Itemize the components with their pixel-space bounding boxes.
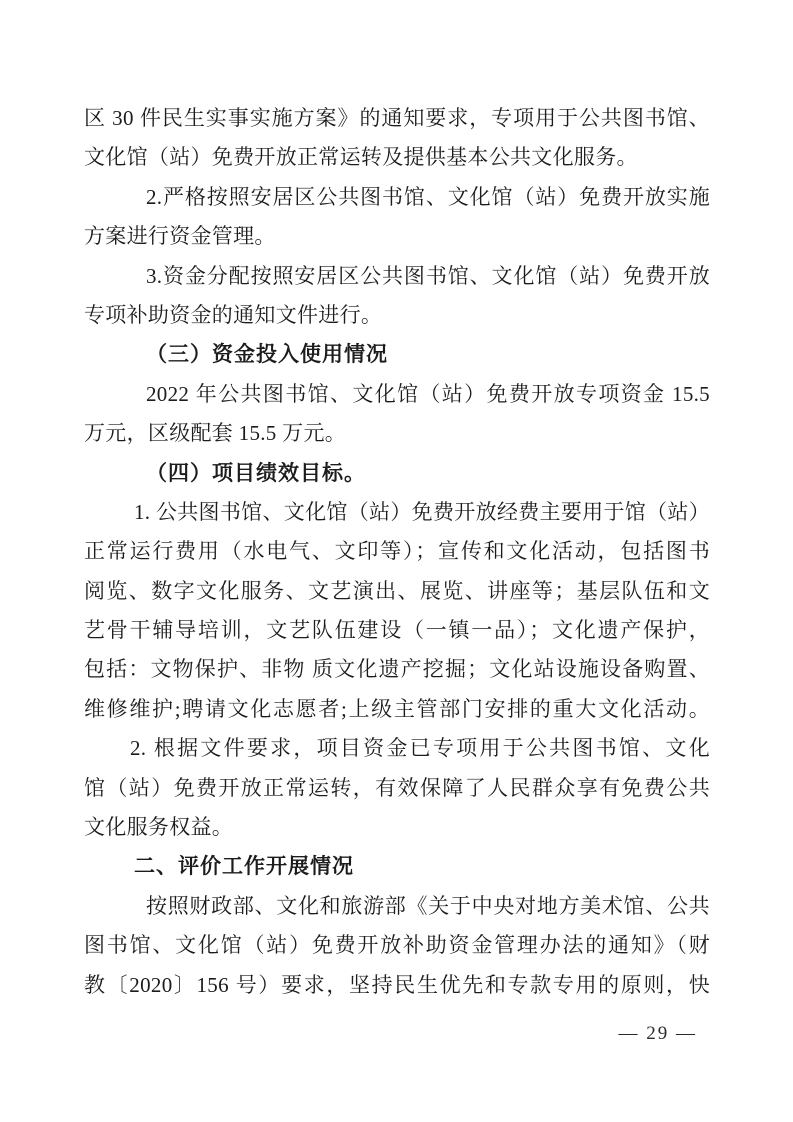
text-line: 文化馆（站）免费开放正常运转及提供基本公共文化服务。 xyxy=(84,138,710,177)
chapter-heading: 二、评价工作开展情况 xyxy=(84,847,710,886)
text-line: 方案进行资金管理。 xyxy=(84,217,710,256)
text-line: 按照财政部、文化和旅游部《关于中央对地方美术馆、公共 xyxy=(84,887,710,926)
text-line: 2. 根据文件要求，项目资金已专项用于公共图书馆、文化 xyxy=(84,729,710,768)
text-line: 图书馆、文化馆（站）免费开放补助资金管理办法的通知》（财 xyxy=(84,926,710,965)
text-line: 正常运行费用（水电气、文印等）；宣传和文化活动，包括图书 xyxy=(84,532,710,571)
text-line: 2022 年公共图书馆、文化馆（站）免费开放专项资金 15.5 xyxy=(84,375,710,414)
page-number: — 29 — xyxy=(619,1023,698,1045)
document-page: 区 30 件民生实事实施方案》的通知要求，专项用于公共图书馆、 文化馆（站）免费… xyxy=(0,0,793,1122)
text-line: 1. 公共图书馆、文化馆（站）免费开放经费主要用于馆（站） xyxy=(84,493,710,532)
text-line: 2.严格按照安居区公共图书馆、文化馆（站）免费开放实施 xyxy=(84,178,710,217)
section-heading: （四）项目绩效目标。 xyxy=(84,454,710,493)
text-line: 专项补助资金的通知文件进行。 xyxy=(84,296,710,335)
text-line: 阅览、数字文化服务、文艺演出、展览、讲座等；基层队伍和文 xyxy=(84,572,710,611)
section-heading: （三）资金投入使用情况 xyxy=(84,335,710,374)
text-line: 区 30 件民生实事实施方案》的通知要求，专项用于公共图书馆、 xyxy=(84,99,710,138)
text-line: 艺骨干辅导培训，文艺队伍建设（一镇一品）；文化遗产保护， xyxy=(84,611,710,650)
text-line: 馆（站）免费开放正常运转，有效保障了人民群众享有免费公共 xyxy=(84,769,710,808)
text-line: 3.资金分配按照安居区公共图书馆、文化馆（站）免费开放 xyxy=(84,257,710,296)
text-line: 维修维护;聘请文化志愿者;上级主管部门安排的重大文化活动。 xyxy=(84,690,710,729)
text-line: 文化服务权益。 xyxy=(84,808,710,847)
text-line: 万元，区级配套 15.5 万元。 xyxy=(84,414,710,453)
document-body: 区 30 件民生实事实施方案》的通知要求，专项用于公共图书馆、 文化馆（站）免费… xyxy=(84,99,710,1005)
text-line: 包括：文物保护、非物 质文化遗产挖掘；文化站设施设备购置、 xyxy=(84,650,710,689)
text-line: 教〔2020〕156 号）要求，坚持民生优先和专款专用的原则，快 xyxy=(84,966,710,1005)
